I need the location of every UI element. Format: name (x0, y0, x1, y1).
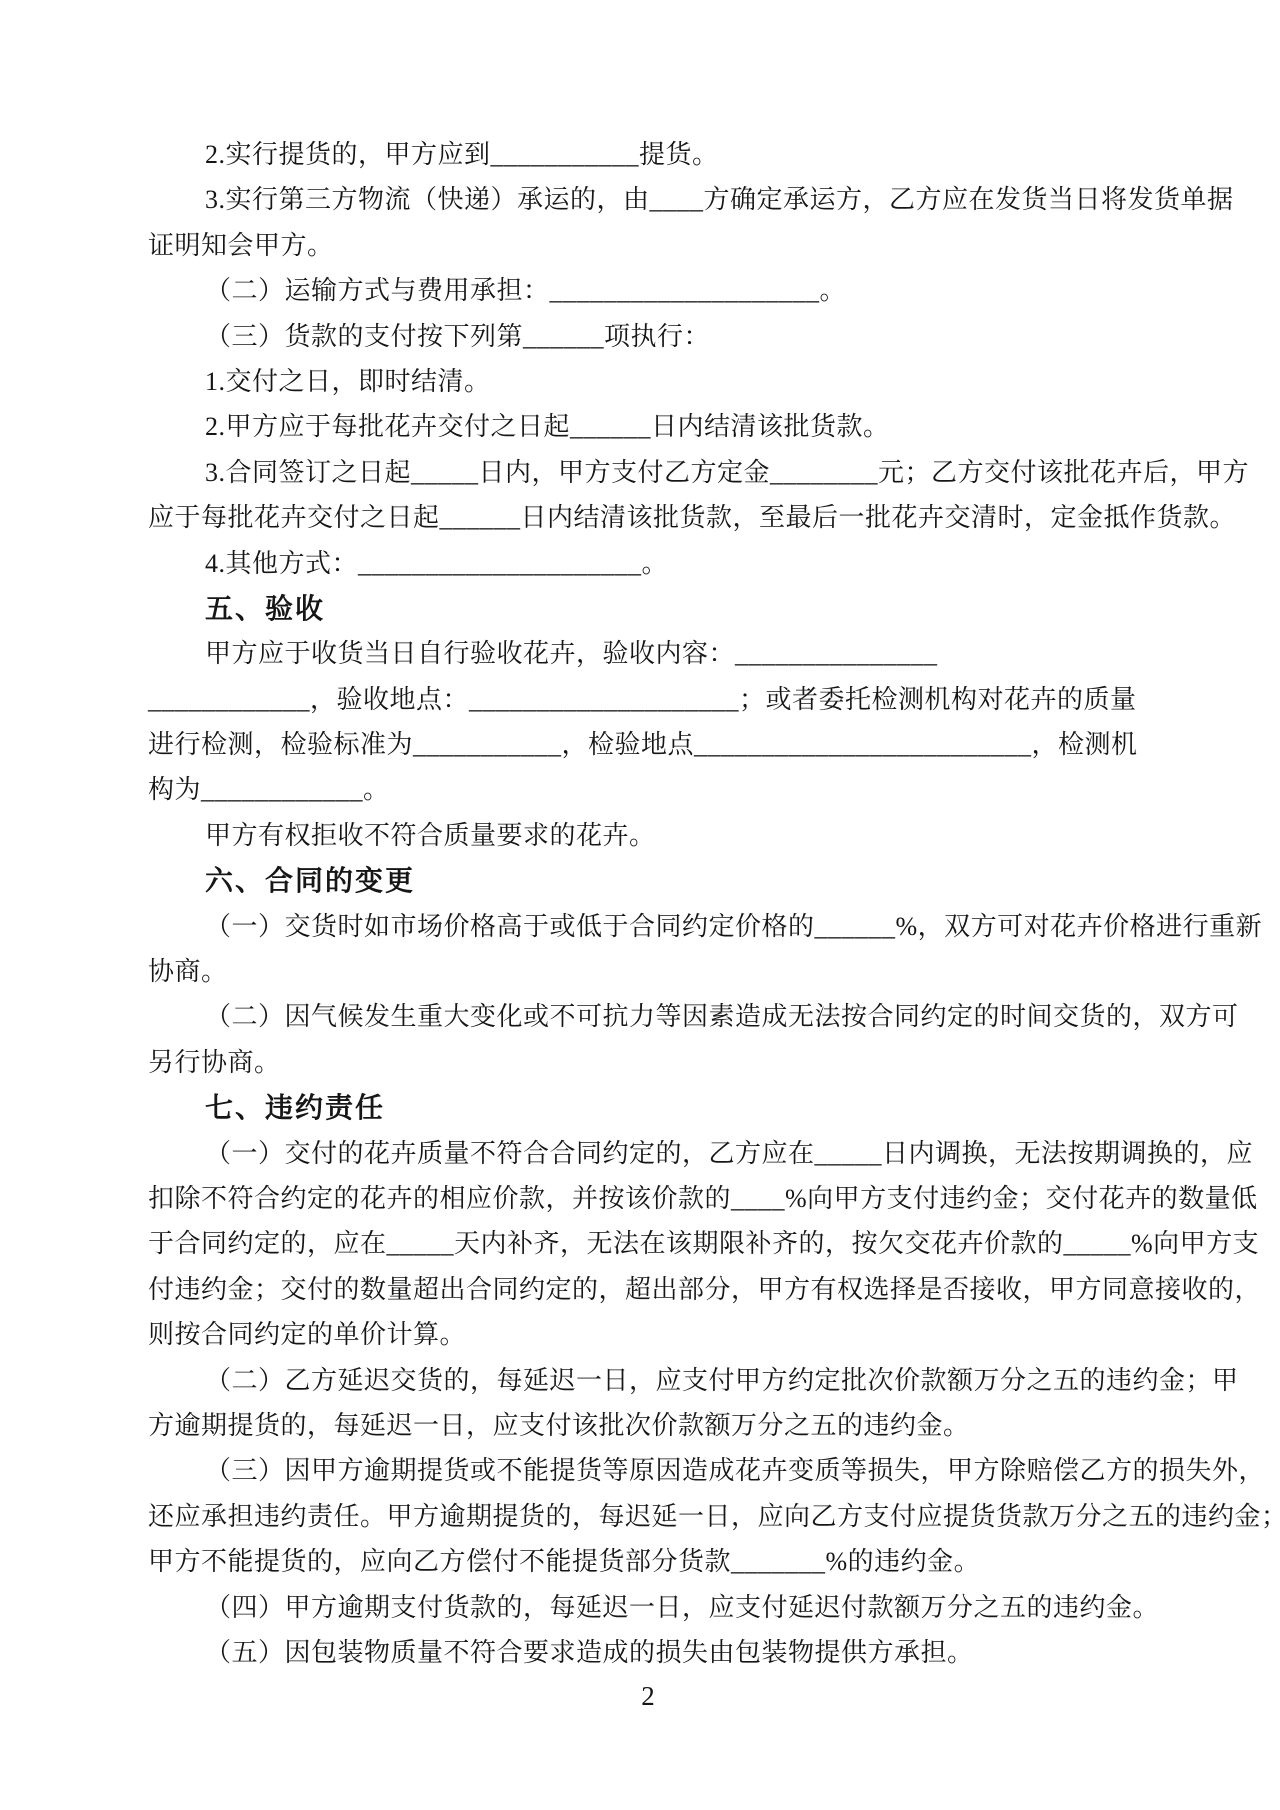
page-number: 2 (148, 1674, 1148, 1719)
document-line: 进行检测，检验标准为___________，检验地点______________… (148, 722, 1148, 767)
document-line: （四）甲方逾期支付货款的，每延迟一日，应支付延迟付款额万分之五的违约金。 (148, 1585, 1148, 1630)
document-line: 4.其他方式：_____________________。 (148, 541, 1148, 586)
document-line: 应于每批花卉交付之日起______日内结清该批货款，至最后一批花卉交清时，定金抵… (148, 495, 1148, 540)
document-line: 扣除不符合约定的花卉的相应价款，并按该价款的____%向甲方支付违约金；交付花卉… (148, 1176, 1148, 1221)
document-body: 2.实行提货的，甲方应到___________提货。3.实行第三方物流（快递）承… (148, 132, 1148, 1675)
document-line: 方逾期提货的，每延迟一日，应支付该批次价款额万分之五的违约金。 (148, 1403, 1148, 1448)
document-line: 付违约金；交付的数量超出合同约定的，超出部分，甲方有权选择是否接收，甲方同意接收… (148, 1267, 1148, 1312)
document-line: 甲方不能提货的，应向乙方偿付不能提货部分货款_______%的违约金。 (148, 1539, 1148, 1584)
document-line: 另行协商。 (148, 1040, 1148, 1085)
document-line: 1.交付之日，即时结清。 (148, 359, 1148, 404)
section-heading: 五、验收 (148, 586, 1148, 631)
section-heading: 六、合同的变更 (148, 858, 1148, 903)
document-line: （二）因气候发生重大变化或不可抗力等因素造成无法按合同约定的时间交货的，双方可 (148, 994, 1148, 1039)
document-line: （一）交货时如市场价格高于或低于合同约定价格的______%，双方可对花卉价格进… (148, 904, 1148, 949)
document-line: 证明知会甲方。 (148, 223, 1148, 268)
document-line: 则按合同约定的单价计算。 (148, 1312, 1148, 1357)
document-line: 于合同约定的，应在_____天内补齐，无法在该期限补齐的，按欠交花卉价款的___… (148, 1221, 1148, 1266)
document-line: （一）交付的花卉质量不符合合同约定的，乙方应在_____日内调换，无法按期调换的… (148, 1131, 1148, 1176)
document-line: （三）因甲方逾期提货或不能提货等原因造成花卉变质等损失，甲方除赔偿乙方的损失外， (148, 1448, 1148, 1493)
document-line: 2.实行提货的，甲方应到___________提货。 (148, 132, 1148, 177)
document-line: 构为____________。 (148, 767, 1148, 812)
document-line: 甲方应于收货当日自行验收花卉，验收内容：_______________ (148, 631, 1148, 676)
document-line: 3.实行第三方物流（快递）承运的，由____方确定承运方，乙方应在发货当日将发货… (148, 177, 1148, 222)
document-line: 2.甲方应于每批花卉交付之日起______日内结清该批货款。 (148, 404, 1148, 449)
document-line: （五）因包装物质量不符合要求造成的损失由包装物提供方承担。 (148, 1630, 1148, 1675)
document-line: 甲方有权拒收不符合质量要求的花卉。 (148, 813, 1148, 858)
document-line: 3.合同签订之日起_____日内，甲方支付乙方定金________元；乙方交付该… (148, 450, 1148, 495)
contract-page: 2.实行提货的，甲方应到___________提货。3.实行第三方物流（快递）承… (0, 0, 1280, 1810)
document-line: 还应承担违约责任。甲方逾期提货的，每迟延一日，应向乙方支付应提货货款万分之五的违… (148, 1494, 1148, 1539)
document-line: 协商。 (148, 949, 1148, 994)
document-line: ____________，验收地点：____________________；或… (148, 677, 1148, 722)
document-line: （三）货款的支付按下列第______项执行： (148, 314, 1148, 359)
document-line: （二）乙方延迟交货的，每延迟一日，应支付甲方约定批次价款额万分之五的违约金；甲 (148, 1358, 1148, 1403)
document-line: （二）运输方式与费用承担：____________________。 (148, 268, 1148, 313)
section-heading: 七、违约责任 (148, 1085, 1148, 1130)
